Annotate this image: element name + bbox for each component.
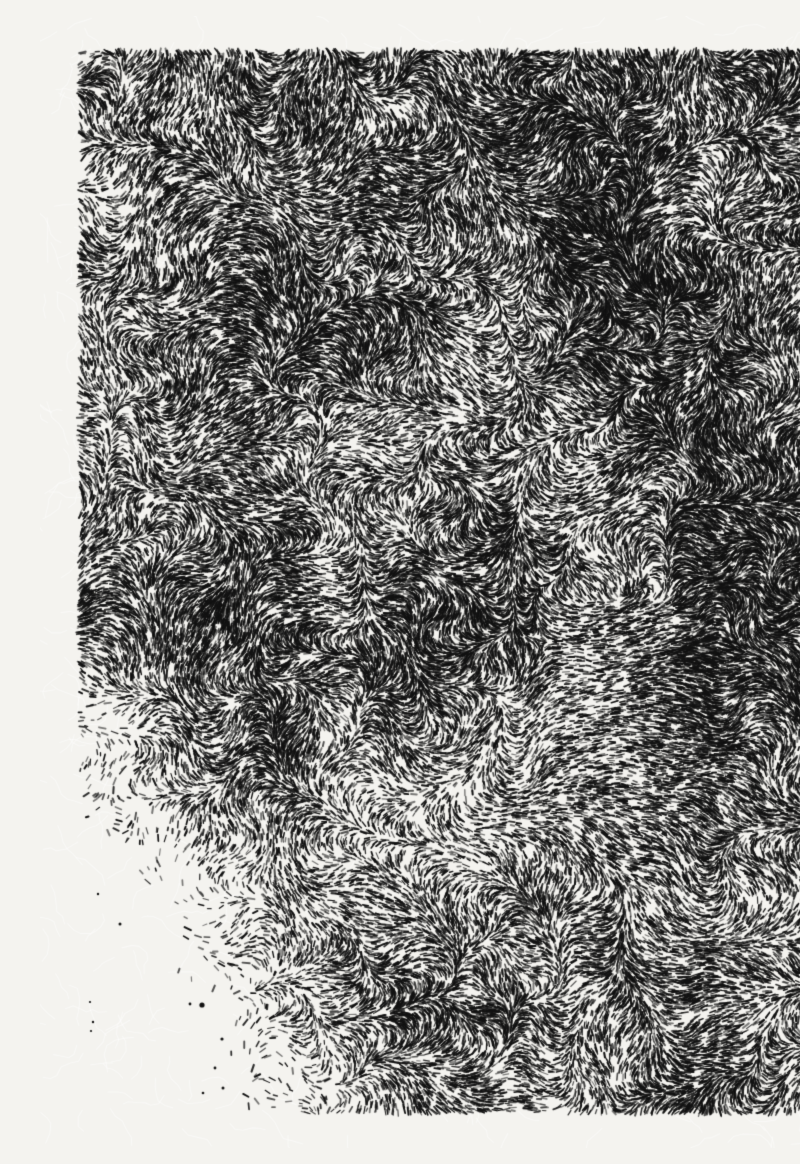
stipple-texture-canvas xyxy=(40,16,800,1148)
etching-print xyxy=(40,16,800,1148)
